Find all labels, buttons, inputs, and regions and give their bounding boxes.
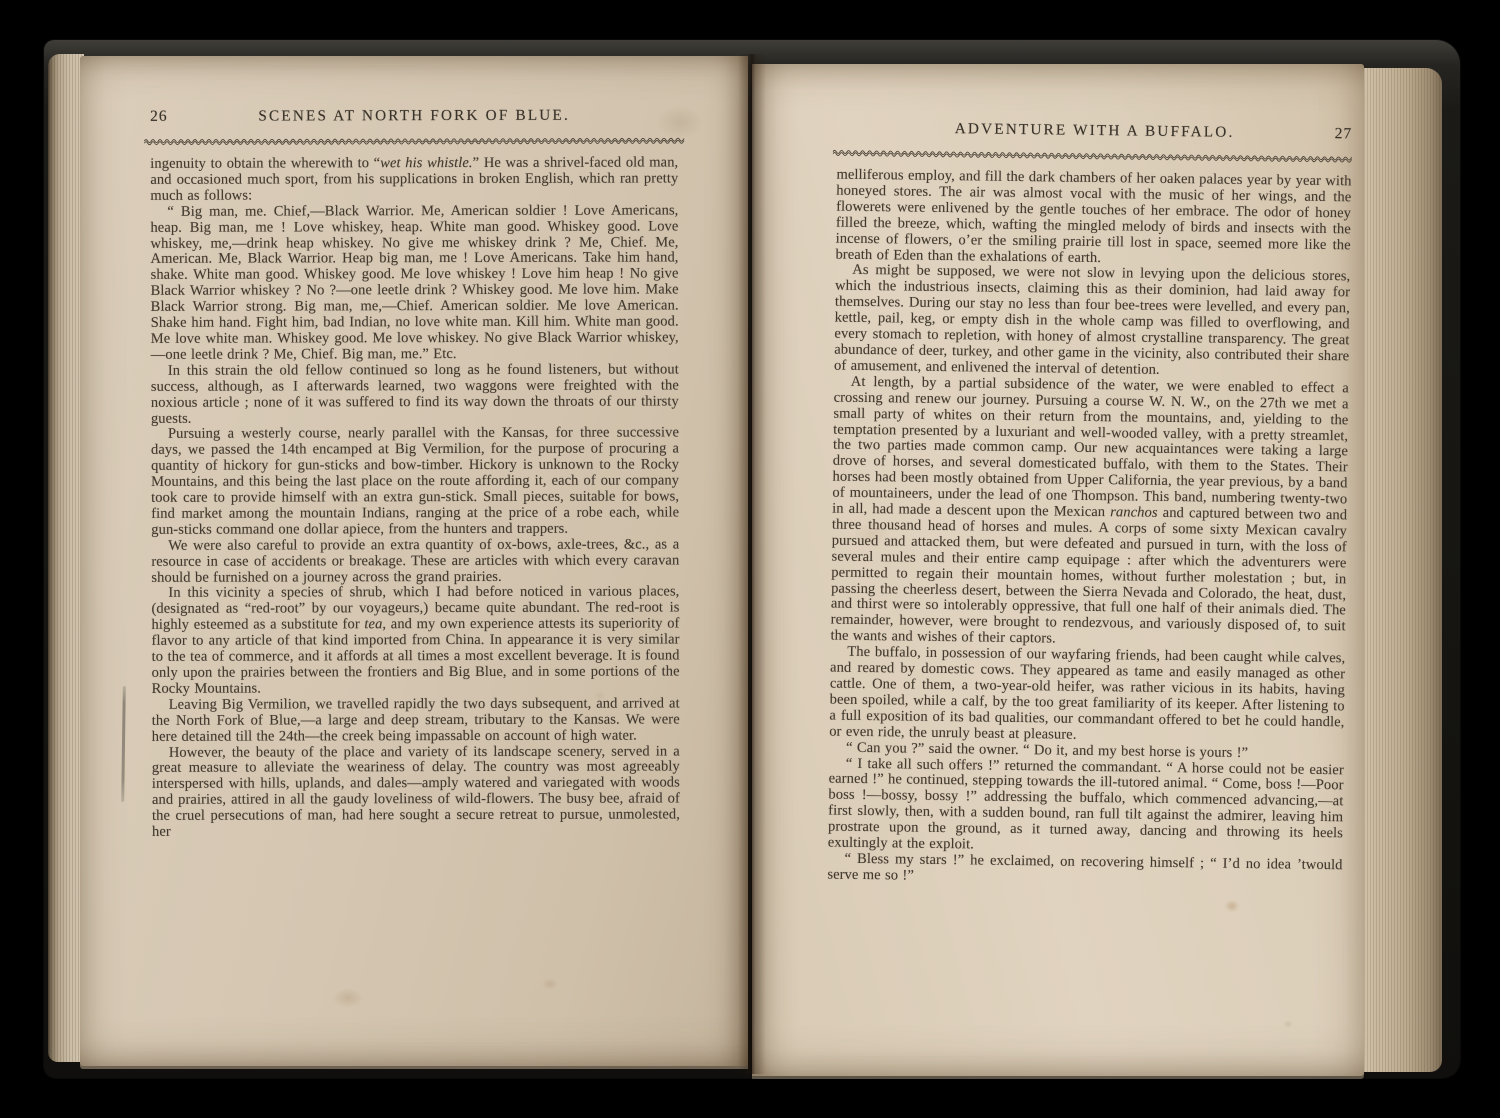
paragraph: Pursuing a westerly course, nearly paral… — [151, 426, 679, 539]
paragraph: We were also careful to provide an extra… — [151, 537, 679, 586]
paragraph: “ I take all such offers !” returned the… — [828, 756, 1344, 858]
left-page-content: 26 SCENES AT NORTH FORK OF BLUE. ingenui… — [80, 56, 748, 1066]
gutter-crease — [738, 54, 766, 1074]
running-head-title-left: SCENES AT NORTH FORK OF BLUE. — [196, 107, 632, 126]
right-page-content: ADVENTURE WITH A BUFFALO. 27 melliferous… — [752, 64, 1364, 1076]
running-head-title-right: ADVENTURE WITH A BUFFALO. — [883, 119, 1306, 143]
page-stack-left-edge — [48, 54, 84, 1062]
body-text-left: ingenuity to obtain the wherewith to “we… — [150, 155, 680, 840]
paragraph: Leaving Big Vermilion, we travelled rapi… — [152, 696, 680, 745]
paragraph: However, the beauty of the place and var… — [152, 744, 680, 841]
right-page: ADVENTURE WITH A BUFFALO. 27 melliferous… — [752, 64, 1364, 1076]
page-number-right: 27 — [1306, 125, 1352, 144]
paragraph: “ Bless my stars !” he exclaimed, on rec… — [827, 852, 1342, 891]
paragraph: ingenuity to obtain the wherewith to “we… — [150, 155, 678, 204]
paragraph: As might be supposed, we were not slow i… — [834, 263, 1350, 381]
open-book: 26 SCENES AT NORTH FORK OF BLUE. ingenui… — [44, 40, 1460, 1078]
paragraph: The buffalo, in possession of our wayfar… — [829, 645, 1345, 747]
paragraph: In this strain the old fellow continued … — [151, 362, 679, 427]
head-spacer-right — [837, 132, 883, 133]
running-head-right: ADVENTURE WITH A BUFFALO. 27 — [837, 119, 1352, 144]
book-scan-scene: 26 SCENES AT NORTH FORK OF BLUE. ingenui… — [0, 0, 1500, 1118]
wavy-rule-right — [833, 150, 1352, 164]
left-page: 26 SCENES AT NORTH FORK OF BLUE. ingenui… — [80, 56, 748, 1066]
body-text-right: melliferous employ, and fill the dark ch… — [827, 168, 1351, 890]
running-head-left: 26 SCENES AT NORTH FORK OF BLUE. — [150, 106, 678, 125]
page-stack-fore-edge — [1364, 68, 1442, 1072]
wavy-rule-left — [144, 137, 684, 145]
paragraph: In this vicinity a species of shrub, whi… — [151, 585, 679, 698]
paragraph: At length, by a partial subsidence of th… — [830, 374, 1348, 651]
paragraph: “ Big man, me. Chief,—Black Warrior. Me,… — [150, 203, 678, 363]
paragraph: melliferous employ, and fill the dark ch… — [835, 168, 1351, 270]
page-number-left: 26 — [150, 108, 196, 126]
